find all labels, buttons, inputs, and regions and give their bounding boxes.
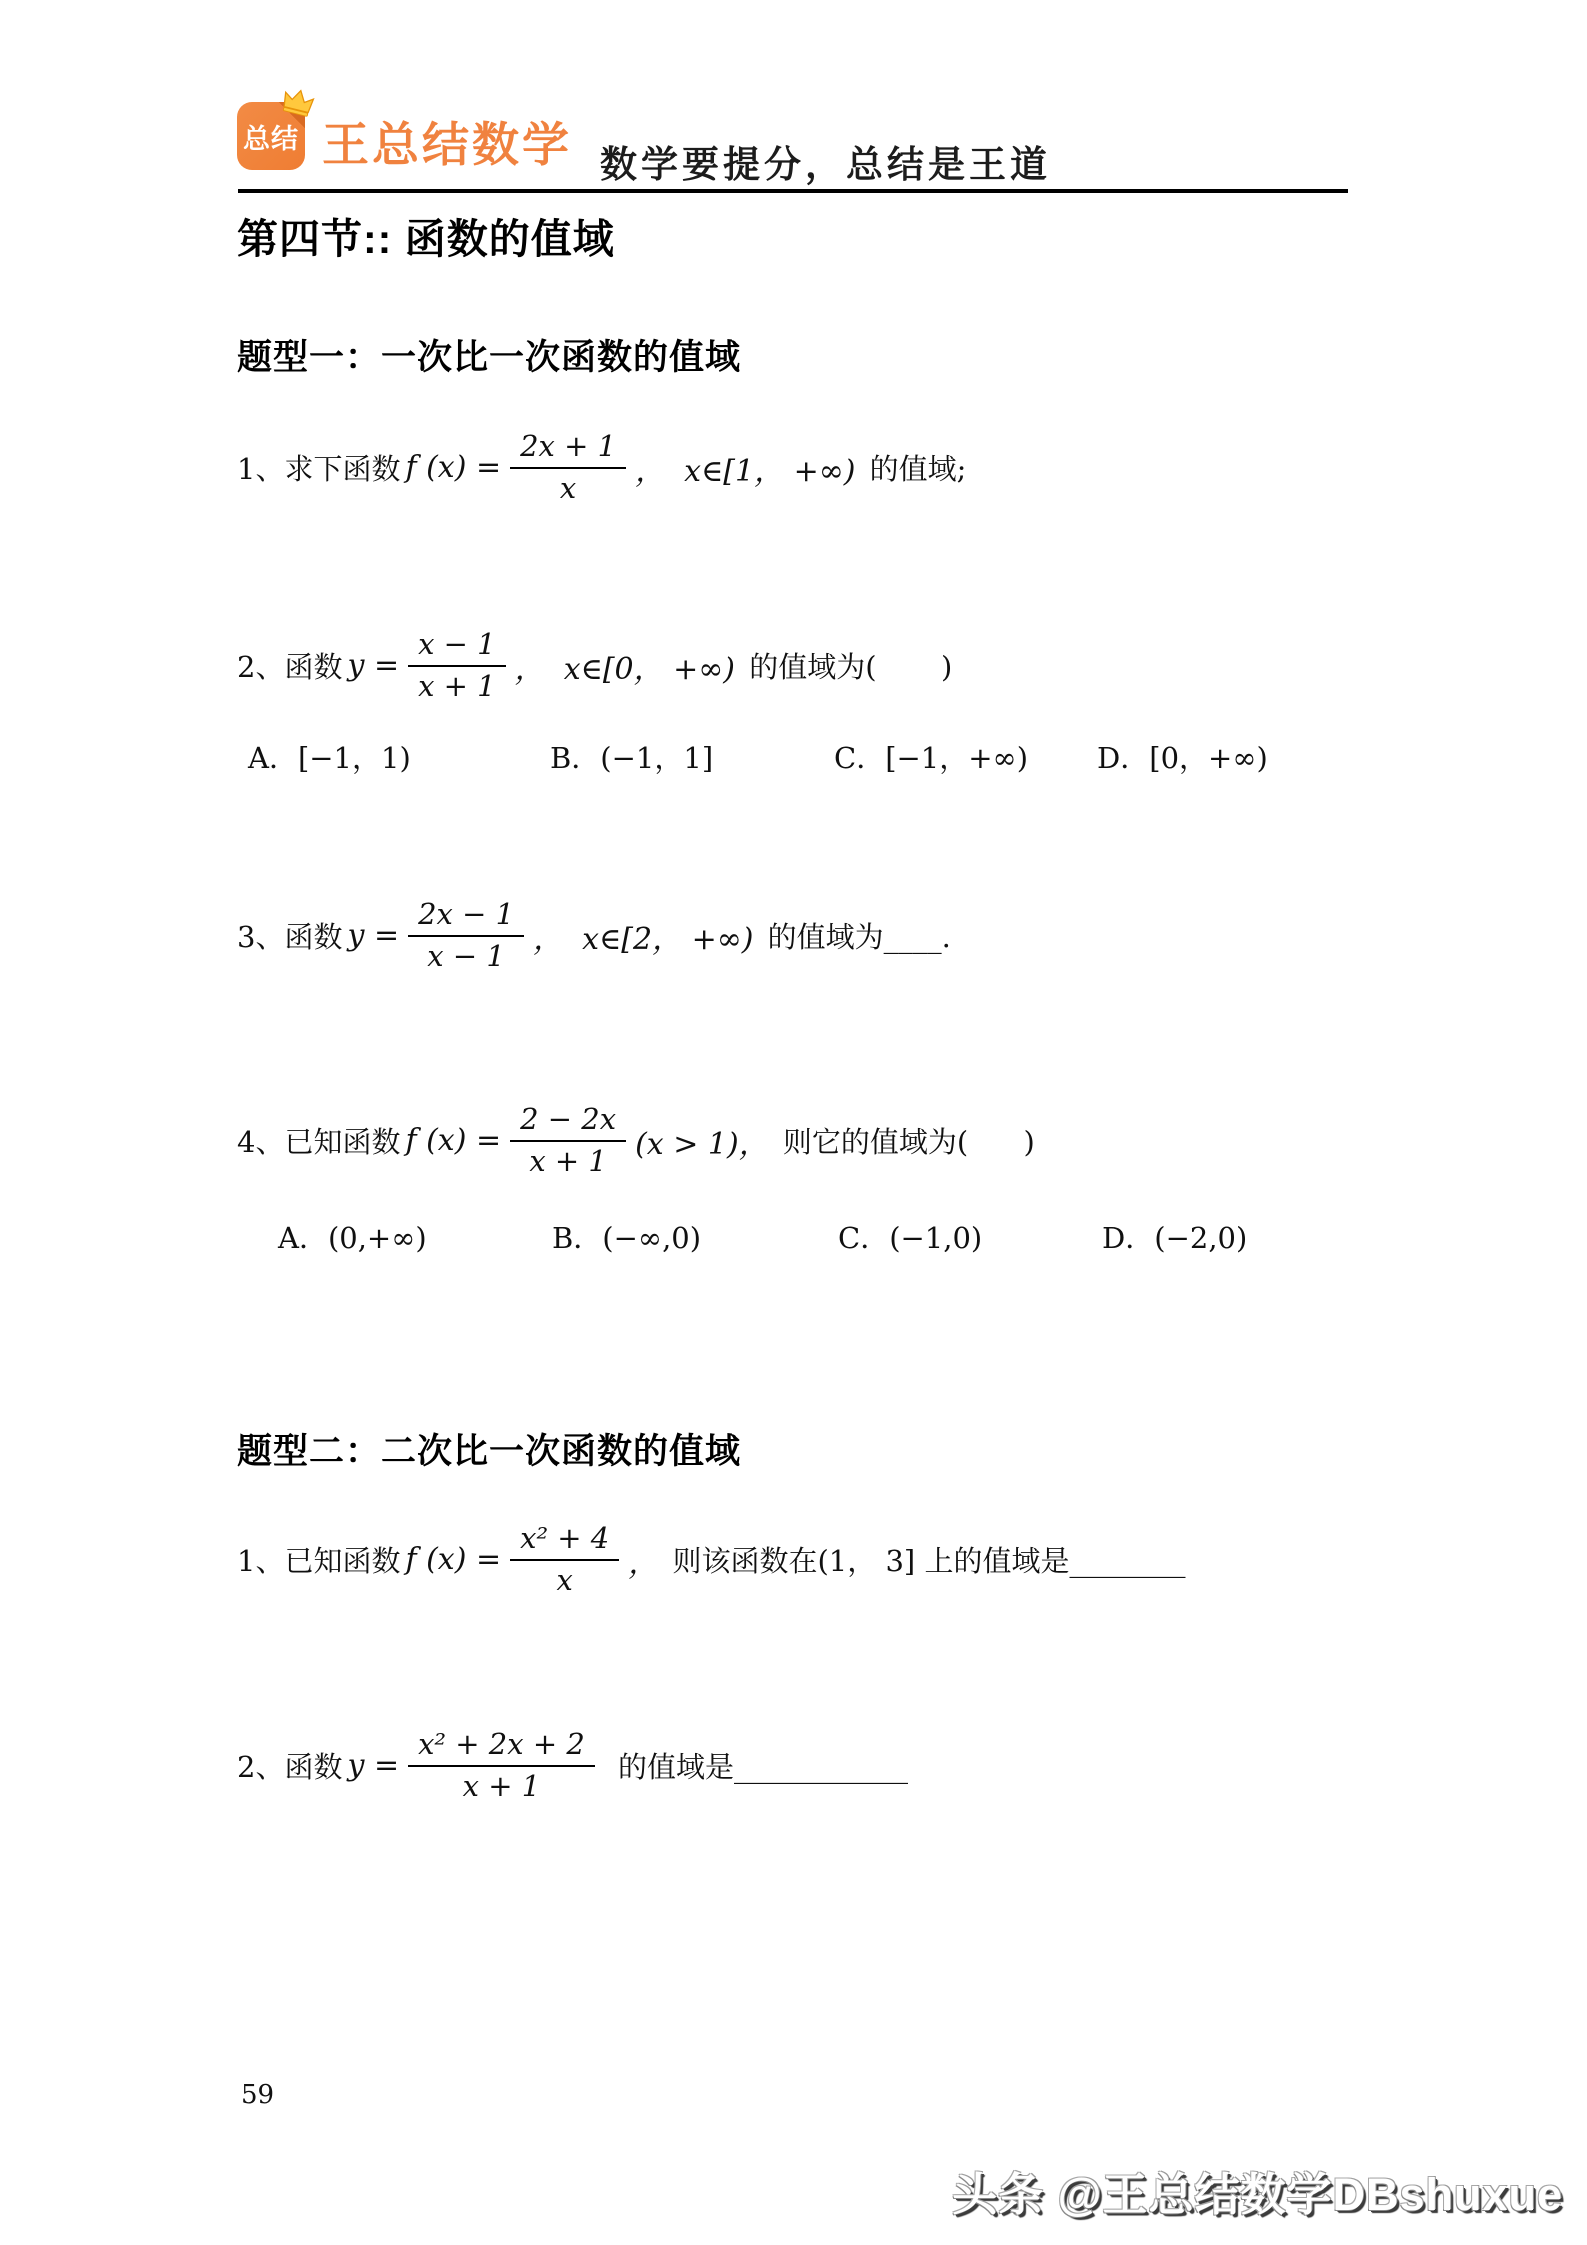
- brand-name: 王总结数学: [322, 108, 572, 175]
- problem-4-math-after: (x > 1)，: [635, 1119, 769, 1163]
- problem-6: 2、函数 y = x² + 2x + 2 x + 1 的值域是_________…: [237, 1728, 908, 1804]
- problem-3-math-lead: y =: [347, 918, 399, 953]
- option-a: A．[−1，1): [248, 736, 411, 777]
- option-b: B．(−∞,0): [552, 1216, 701, 1257]
- fraction-denominator: x + 1: [408, 667, 506, 703]
- problem-1-suffix: 的值域;: [860, 447, 966, 488]
- watermark-text: 头条 @王总结数学DBshuxue: [952, 2158, 1563, 2223]
- fraction-denominator: x − 1: [417, 937, 515, 973]
- problem-2-suffix: 的值域为( ): [740, 645, 952, 686]
- fraction-numerator: x − 1: [408, 628, 506, 667]
- problem-1-math-lead: f (x) =: [405, 450, 501, 485]
- option-d: D．(−2,0): [1102, 1216, 1247, 1257]
- problem-5: 1、已知函数 f (x) = x² + 4 x ， 则该函数在(1， 3] 上的…: [237, 1522, 1185, 1598]
- problem-4-fraction: 2 − 2x x + 1: [510, 1103, 626, 1179]
- brand-logo-icon: 总结: [237, 102, 305, 170]
- worksheet-page: 总结 王总结数学 数学要提分，总结是王道 第四节:: 函数的值域 题型一：一次比…: [0, 0, 1587, 2245]
- problem-3-text: 3、函数: [237, 915, 342, 956]
- problem-5-math-lead: f (x) =: [405, 1542, 501, 1577]
- brand-tagline: 数学要提分，总结是王道: [600, 134, 1051, 188]
- fraction-numerator: x² + 2x + 2: [408, 1728, 595, 1767]
- option-d: D．[0，+∞): [1097, 736, 1268, 777]
- problem-2-math-lead: y =: [347, 648, 399, 683]
- problem-4-suffix: 则它的值域为( ): [774, 1120, 1035, 1161]
- page-title: 第四节:: 函数的值域: [237, 206, 615, 265]
- option-a: A．(0,+∞): [278, 1216, 427, 1257]
- section-2-heading: 题型二：二次比一次函数的值域: [237, 1424, 741, 1474]
- header-divider: [238, 189, 1348, 193]
- problem-5-suffix: 则该函数在(1， 3] 上的值域是________: [663, 1539, 1185, 1580]
- problem-3-fraction: 2x − 1 x − 1: [408, 898, 524, 974]
- problem-2-fraction: x − 1 x + 1: [408, 628, 506, 704]
- page-number: 59: [241, 2080, 274, 2110]
- fraction-numerator: 2x + 1: [510, 430, 626, 469]
- fraction-numerator: 2x − 1: [408, 898, 524, 937]
- problem-6-math-lead: y =: [347, 1748, 399, 1783]
- problem-5-fraction: x² + 4 x: [510, 1522, 619, 1598]
- fraction-numerator: 2 − 2x: [510, 1103, 626, 1142]
- option-c: C．(−1,0): [838, 1216, 982, 1257]
- option-c: C．[−1，+∞): [834, 736, 1028, 777]
- section-1-heading: 题型一：一次比一次函数的值域: [237, 330, 741, 380]
- problem-1-math-after: ， x∈[1， +∞): [635, 446, 855, 490]
- fraction-denominator: x: [550, 469, 586, 505]
- problem-4-text: 4、已知函数: [237, 1120, 400, 1161]
- fraction-denominator: x + 1: [453, 1767, 551, 1803]
- problem-3-math-after: ， x∈[2， +∞): [533, 914, 753, 958]
- problem-2: 2、函数 y = x − 1 x + 1 ， x∈[0， +∞) 的值域为( ): [237, 628, 952, 704]
- problem-6-suffix: 的值域是____________: [609, 1745, 908, 1786]
- problem-1: 1、求下函数 f (x) = 2x + 1 x ， x∈[1， +∞) 的值域;: [237, 430, 966, 506]
- problem-2-math-after: ， x∈[0， +∞): [515, 644, 735, 688]
- problem-3-suffix: 的值域为____.: [758, 915, 950, 956]
- problem-5-math-after: ，: [628, 1538, 658, 1582]
- problem-3: 3、函数 y = 2x − 1 x − 1 ， x∈[2， +∞) 的值域为__…: [237, 898, 951, 974]
- problem-4: 4、已知函数 f (x) = 2 − 2x x + 1 (x > 1)， 则它的…: [237, 1103, 1035, 1179]
- fraction-denominator: x + 1: [519, 1142, 617, 1178]
- problem-4-options: A．(0,+∞) B．(−∞,0) C．(−1,0) D．(−2,0): [0, 1216, 1587, 1264]
- problem-1-fraction: 2x + 1 x: [510, 430, 626, 506]
- fraction-numerator: x² + 4: [510, 1522, 619, 1561]
- problem-2-text: 2、函数: [237, 645, 342, 686]
- problem-6-text: 2、函数: [237, 1745, 342, 1786]
- problem-1-text: 1、求下函数: [237, 447, 400, 488]
- fraction-denominator: x: [547, 1561, 583, 1597]
- problem-2-options: A．[−1，1) B．(−1，1] C．[−1，+∞) D．[0，+∞): [0, 736, 1587, 784]
- problem-6-fraction: x² + 2x + 2 x + 1: [408, 1728, 595, 1804]
- problem-4-math-lead: f (x) =: [405, 1123, 501, 1158]
- option-b: B．(−1，1]: [550, 736, 713, 777]
- problem-5-text: 1、已知函数: [237, 1539, 400, 1580]
